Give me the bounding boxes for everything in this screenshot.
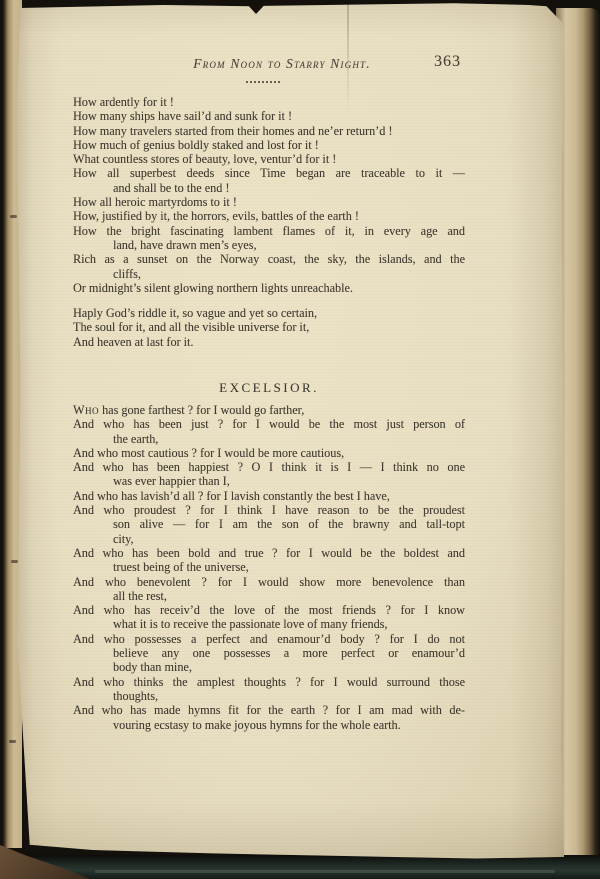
- poem-line: the earth,: [73, 432, 465, 446]
- page-number: 363: [434, 53, 461, 71]
- poem-line: How, justified by it, the horrors, evils…: [73, 209, 465, 223]
- poem-line: And who thinks the amplest thoughts ? fo…: [73, 675, 465, 689]
- text-block: From Noon to Starry Night. 363 How arden…: [73, 2, 465, 862]
- poem-line: And who has been bold and true ? for I w…: [73, 546, 465, 560]
- poem-line: How ardently for it !: [73, 95, 465, 109]
- paper-nick: [11, 560, 18, 563]
- poem-title: EXCELSIOR.: [73, 380, 465, 396]
- poem-line: And heaven at last for it.: [73, 335, 465, 349]
- running-head: From Noon to Starry Night.: [73, 56, 465, 72]
- poem-line: believe any one possesses a more perfect…: [73, 646, 465, 660]
- poem-line: And who benevolent ? for I would show mo…: [73, 575, 465, 589]
- page-header: From Noon to Starry Night. 363: [73, 56, 465, 72]
- poem-line: Who has gone farthest ? for I would go f…: [73, 403, 465, 417]
- poem-line: The soul for it, and all the visible uni…: [73, 320, 465, 334]
- poem-line: And who has been happiest ? O I think it…: [73, 460, 465, 474]
- paper-nick: [10, 215, 17, 218]
- book-page: From Noon to Starry Night. 363 How arden…: [16, 2, 564, 862]
- poem-line: What countless stores of beauty, love, v…: [73, 152, 465, 166]
- poem-line: land, have drawn men’s eyes,: [73, 238, 465, 252]
- poem-line: How all superbest deeds since Time began…: [73, 166, 465, 180]
- poem-stanza-1: How ardently for it !How many ships have…: [73, 95, 465, 295]
- poem-line: and shall be to the end !: [73, 181, 465, 195]
- poem-line: Or midnight’s silent glowing northern li…: [73, 281, 465, 295]
- poem-line: And who proudest ? for I think I have re…: [73, 503, 465, 517]
- poem-line: son alive — for I am the son of the braw…: [73, 517, 465, 531]
- poem-line: And who has made hymns fit for the earth…: [73, 703, 465, 717]
- header-rule: [246, 81, 280, 83]
- poem-line: And who has been just ? for I would be t…: [73, 417, 465, 431]
- poem-stanza-2: Haply God’s riddle it, so vague and yet …: [73, 306, 465, 349]
- poem-line: How many travelers started from their ho…: [73, 124, 465, 138]
- excelsior-stanza: Who has gone farthest ? for I would go f…: [73, 403, 465, 732]
- poem-line: How all heroic martyrdoms to it !: [73, 195, 465, 209]
- poem-line: city,: [73, 532, 465, 546]
- poem-line: How the bright fascinating lambent flame…: [73, 224, 465, 238]
- poem-line: thoughts,: [73, 689, 465, 703]
- poem-line: all the rest,: [73, 589, 465, 603]
- poem-line: And who possesses a perfect and enamour’…: [73, 632, 465, 646]
- poem-line: How many ships have sail’d and sunk for …: [73, 109, 465, 123]
- poem-line: How much of genius boldly staked and los…: [73, 138, 465, 152]
- poem-line: was ever happier than I,: [73, 474, 465, 488]
- poem-line: Rich as a sunset on the Norway coast, th…: [73, 252, 465, 266]
- cover-edge-highlight: [95, 870, 555, 873]
- poem-line: And who has lavish’d all ? for I lavish …: [73, 489, 465, 503]
- poem-line: Haply God’s riddle it, so vague and yet …: [73, 306, 465, 320]
- poem-line: And who most cautious ? for I would be m…: [73, 446, 465, 460]
- poem-line: vouring ecstasy to make joyous hymns for…: [73, 718, 465, 732]
- poem-line: body than mine,: [73, 660, 465, 674]
- book-cover-bottom: [0, 855, 600, 879]
- paper-nick: [9, 740, 16, 743]
- poem-line: what it is to receive the passionate lov…: [73, 617, 465, 631]
- book-page-photo: From Noon to Starry Night. 363 How arden…: [0, 0, 600, 879]
- poem-line: cliffs,: [73, 267, 465, 281]
- poem-line: truest being of the universe,: [73, 560, 465, 574]
- poem-line: And who has receiv’d the love of the mos…: [73, 603, 465, 617]
- small-caps-lead: Who: [73, 403, 99, 417]
